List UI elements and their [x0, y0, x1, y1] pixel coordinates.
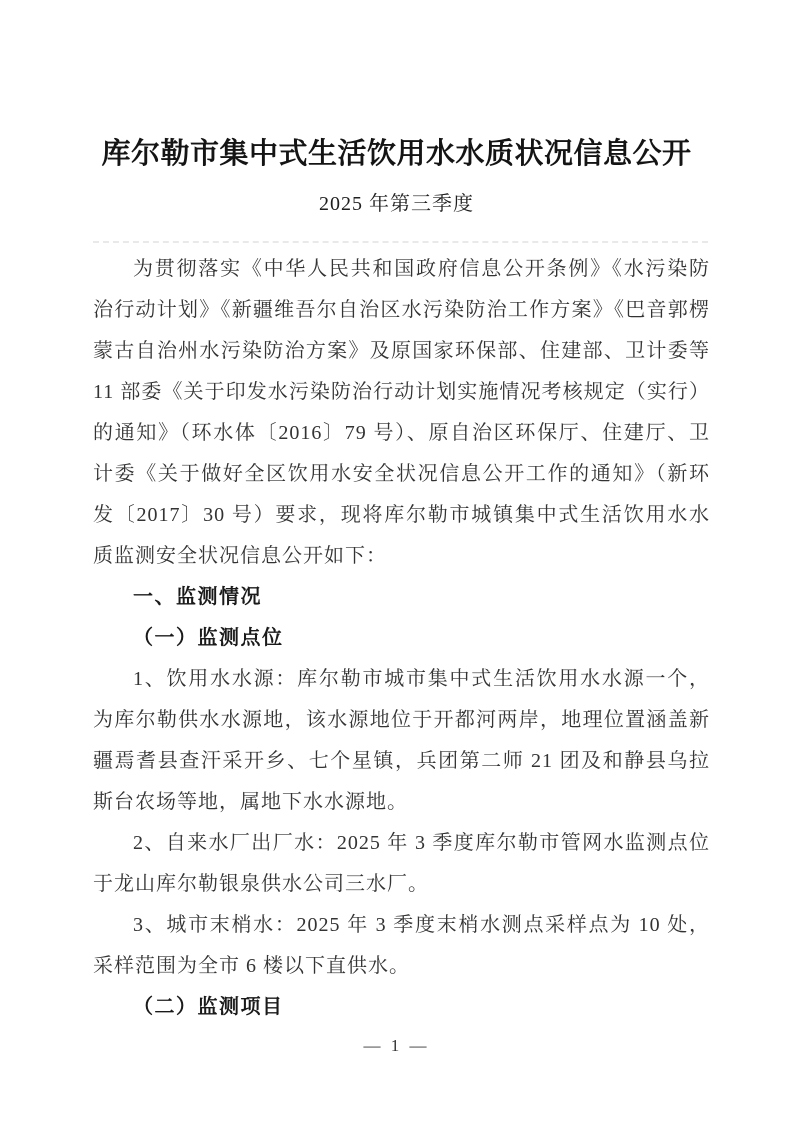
- intro-paragraph: 为贯彻落实《中华人民共和国政府信息公开条例》《水污染防治行动计划》《新疆维吾尔自…: [93, 249, 710, 577]
- subsection-heading-monitoring-points: （一）监测点位: [93, 618, 710, 659]
- document-page: 库尔勒市集中式生活饮用水水质状况信息公开 2025 年第三季度 为贯彻落实《中华…: [0, 0, 793, 1122]
- page-subtitle: 2025 年第三季度: [0, 187, 793, 216]
- page-title: 库尔勒市集中式生活饮用水水质状况信息公开: [0, 0, 793, 172]
- section-heading-monitoring-status: 一、监测情况: [93, 577, 710, 618]
- page-number: — 1 —: [0, 1036, 793, 1056]
- document-body: 为贯彻落实《中华人民共和国政府信息公开条例》《水污染防治行动计划》《新疆维吾尔自…: [93, 249, 710, 1028]
- paragraph-city-terminal-water: 3、城市末梢水：2025 年 3 季度末梢水测点采样点为 10 处，采样范围为全…: [93, 905, 710, 987]
- subsection-heading-monitoring-items: （二）监测项目: [93, 987, 710, 1028]
- paragraph-waterworks-outlet-water: 2、自来水厂出厂水：2025 年 3 季度库尔勒市管网水监测点位于龙山库尔勒银泉…: [93, 823, 710, 905]
- paragraph-drinking-water-source: 1、饮用水水源：库尔勒市城市集中式生活饮用水水源一个，为库尔勒供水水源地，该水源…: [93, 659, 710, 823]
- title-divider: [93, 241, 708, 243]
